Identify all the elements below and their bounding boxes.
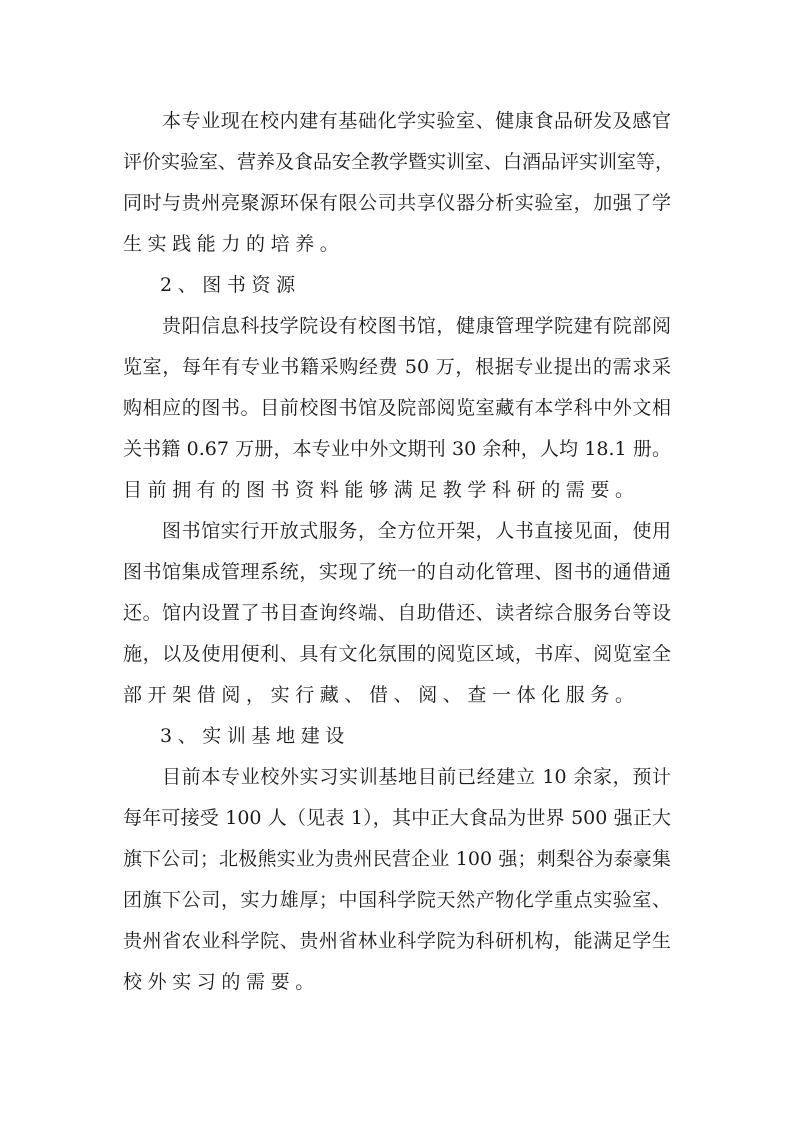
text-line: 还。馆内设置了书目查询终端、自助借还、读者综合服务台等设 xyxy=(123,593,671,634)
section-heading-training-base: 3、实训基地建设 xyxy=(123,716,671,757)
text-line: 评价实验室、营养及食品安全教学暨实训室、白酒品评实训室等， xyxy=(123,142,671,183)
text-line: 校外实习的需要。 xyxy=(123,962,671,1003)
text-line: 贵阳信息科技学院设有校图书馆，健康管理学院建有院部阅 xyxy=(123,306,671,347)
text-line: 本专业现在校内建有基础化学实验室、健康食品研发及感官 xyxy=(123,101,671,142)
text-line: 旗下公司；北极熊实业为贵州民营企业 100 强；刺梨谷为泰豪集 xyxy=(123,839,671,880)
document-page: 本专业现在校内建有基础化学实验室、健康食品研发及感官 评价实验室、营养及食品安全… xyxy=(123,101,671,1003)
paragraph-library-services: 图书馆实行开放式服务，全方位开架，人书直接见面，使用 图书馆集成管理系统，实现了… xyxy=(123,511,671,716)
paragraph-library-overview: 贵阳信息科技学院设有校图书馆，健康管理学院建有院部阅 览室，每年有专业书籍采购经… xyxy=(123,306,671,511)
text-line: 关书籍 0.67 万册，本专业中外文期刊 30 余种，人均 18.1 册。 xyxy=(123,429,671,470)
section-heading-library-resources: 2、图书资源 xyxy=(123,265,671,306)
text-line: 购相应的图书。目前校图书馆及院部阅览室藏有本学科中外文相 xyxy=(123,388,671,429)
paragraph-lab-facilities: 本专业现在校内建有基础化学实验室、健康食品研发及感官 评价实验室、营养及食品安全… xyxy=(123,101,671,265)
text-line: 贵州省农业科学院、贵州省林业科学院为科研机构，能满足学生 xyxy=(123,921,671,962)
text-line: 部开架借阅，实行藏、借、阅、查一体化服务。 xyxy=(123,675,671,716)
text-line: 团旗下公司，实力雄厚；中国科学院天然产物化学重点实验室、 xyxy=(123,880,671,921)
text-line: 同时与贵州亮聚源环保有限公司共享仪器分析实验室，加强了学 xyxy=(123,183,671,224)
text-line: 览室，每年有专业书籍采购经费 50 万，根据专业提出的需求采 xyxy=(123,347,671,388)
text-line: 目前本专业校外实习实训基地目前已经建立 10 余家，预计 xyxy=(123,757,671,798)
text-line: 施，以及使用便利、具有文化氛围的阅览区域，书库、阅览室全 xyxy=(123,634,671,675)
text-line: 图书馆集成管理系统，实现了统一的自动化管理、图书的通借通 xyxy=(123,552,671,593)
text-line: 目前拥有的图书资料能够满足教学科研的需要。 xyxy=(123,470,671,511)
paragraph-training-bases: 目前本专业校外实习实训基地目前已经建立 10 余家，预计 每年可接受 100 人… xyxy=(123,757,671,1003)
text-line: 图书馆实行开放式服务，全方位开架，人书直接见面，使用 xyxy=(123,511,671,552)
text-line: 每年可接受 100 人（见表 1），其中正大食品为世界 500 强正大 xyxy=(123,798,671,839)
text-line: 生实践能力的培养。 xyxy=(123,224,671,265)
